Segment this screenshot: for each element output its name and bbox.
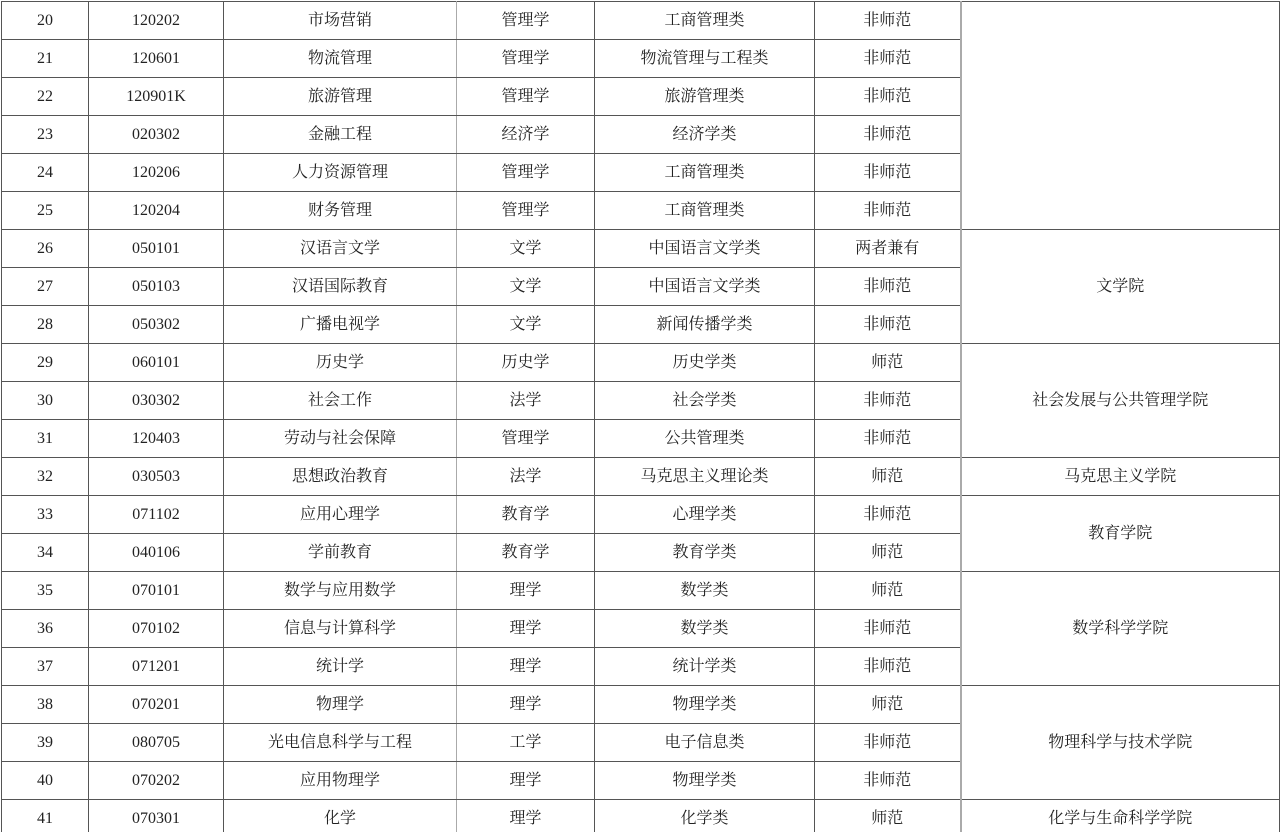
table-row: 41070301化学理学化学类师范化学与生命科学学院 — [2, 800, 1280, 832]
major-category-cell: 历史学类 — [595, 344, 815, 382]
teacher-type-cell: 非师范 — [815, 382, 961, 420]
discipline-cell: 历史学 — [457, 344, 595, 382]
row-number-cell: 36 — [2, 610, 89, 648]
college-cell: 教育学院 — [961, 496, 1280, 572]
discipline-cell: 法学 — [457, 458, 595, 496]
discipline-cell: 文学 — [457, 306, 595, 344]
major-name-cell: 劳动与社会保障 — [224, 420, 457, 458]
major-code-cell: 030302 — [89, 382, 224, 420]
teacher-type-cell: 非师范 — [815, 40, 961, 78]
discipline-cell: 理学 — [457, 648, 595, 686]
major-code-cell: 070301 — [89, 800, 224, 832]
major-code-cell: 120206 — [89, 154, 224, 192]
discipline-cell: 教育学 — [457, 534, 595, 572]
teacher-type-cell: 师范 — [815, 572, 961, 610]
teacher-type-cell: 非师范 — [815, 2, 961, 40]
teacher-type-cell: 师范 — [815, 686, 961, 724]
major-name-cell: 统计学 — [224, 648, 457, 686]
major-name-cell: 思想政治教育 — [224, 458, 457, 496]
major-code-cell: 070102 — [89, 610, 224, 648]
row-number-cell: 29 — [2, 344, 89, 382]
major-code-cell: 120204 — [89, 192, 224, 230]
major-code-cell: 050302 — [89, 306, 224, 344]
major-code-cell: 070202 — [89, 762, 224, 800]
majors-table: 20120202市场营销管理学工商管理类非师范21120601物流管理管理学物流… — [1, 1, 1280, 832]
teacher-type-cell: 师范 — [815, 344, 961, 382]
college-cell: 社会发展与公共管理学院 — [961, 344, 1280, 458]
college-cell: 物理科学与技术学院 — [961, 686, 1280, 800]
major-name-cell: 人力资源管理 — [224, 154, 457, 192]
row-number-cell: 27 — [2, 268, 89, 306]
major-category-cell: 社会学类 — [595, 382, 815, 420]
discipline-cell: 管理学 — [457, 2, 595, 40]
major-code-cell: 070201 — [89, 686, 224, 724]
teacher-type-cell: 非师范 — [815, 192, 961, 230]
teacher-type-cell: 非师范 — [815, 610, 961, 648]
major-category-cell: 物流管理与工程类 — [595, 40, 815, 78]
major-name-cell: 汉语言文学 — [224, 230, 457, 268]
row-number-cell: 24 — [2, 154, 89, 192]
major-code-cell: 060101 — [89, 344, 224, 382]
major-name-cell: 财务管理 — [224, 192, 457, 230]
major-code-cell: 030503 — [89, 458, 224, 496]
major-category-cell: 电子信息类 — [595, 724, 815, 762]
row-number-cell: 26 — [2, 230, 89, 268]
majors-table-body: 20120202市场营销管理学工商管理类非师范21120601物流管理管理学物流… — [2, 2, 1280, 832]
major-category-cell: 数学类 — [595, 610, 815, 648]
discipline-cell: 法学 — [457, 382, 595, 420]
major-category-cell: 中国语言文学类 — [595, 230, 815, 268]
major-code-cell: 050103 — [89, 268, 224, 306]
teacher-type-cell: 非师范 — [815, 724, 961, 762]
discipline-cell: 管理学 — [457, 420, 595, 458]
major-code-cell: 120601 — [89, 40, 224, 78]
college-cell: 文学院 — [961, 230, 1280, 344]
teacher-type-cell: 非师范 — [815, 648, 961, 686]
major-category-cell: 旅游管理类 — [595, 78, 815, 116]
table-row: 33071102应用心理学教育学心理学类非师范教育学院 — [2, 496, 1280, 534]
table-row: 20120202市场营销管理学工商管理类非师范 — [2, 2, 1280, 40]
row-number-cell: 22 — [2, 78, 89, 116]
college-cell: 马克思主义学院 — [961, 458, 1280, 496]
row-number-cell: 32 — [2, 458, 89, 496]
major-category-cell: 化学类 — [595, 800, 815, 832]
major-category-cell: 心理学类 — [595, 496, 815, 534]
table-row: 35070101数学与应用数学理学数学类师范数学科学学院 — [2, 572, 1280, 610]
major-name-cell: 化学 — [224, 800, 457, 832]
major-name-cell: 历史学 — [224, 344, 457, 382]
row-number-cell: 39 — [2, 724, 89, 762]
discipline-cell: 理学 — [457, 610, 595, 648]
discipline-cell: 文学 — [457, 230, 595, 268]
discipline-cell: 经济学 — [457, 116, 595, 154]
row-number-cell: 25 — [2, 192, 89, 230]
major-category-cell: 数学类 — [595, 572, 815, 610]
discipline-cell: 理学 — [457, 762, 595, 800]
major-code-cell: 120901K — [89, 78, 224, 116]
discipline-cell: 管理学 — [457, 154, 595, 192]
major-name-cell: 信息与计算科学 — [224, 610, 457, 648]
discipline-cell: 理学 — [457, 686, 595, 724]
teacher-type-cell: 非师范 — [815, 306, 961, 344]
major-category-cell: 中国语言文学类 — [595, 268, 815, 306]
major-code-cell: 020302 — [89, 116, 224, 154]
major-category-cell: 新闻传播学类 — [595, 306, 815, 344]
major-category-cell: 马克思主义理论类 — [595, 458, 815, 496]
table-row: 26050101汉语言文学文学中国语言文学类两者兼有文学院 — [2, 230, 1280, 268]
major-category-cell: 工商管理类 — [595, 192, 815, 230]
major-code-cell: 071201 — [89, 648, 224, 686]
teacher-type-cell: 师范 — [815, 800, 961, 832]
major-category-cell: 工商管理类 — [595, 2, 815, 40]
row-number-cell: 35 — [2, 572, 89, 610]
major-code-cell: 071102 — [89, 496, 224, 534]
discipline-cell: 管理学 — [457, 192, 595, 230]
row-number-cell: 38 — [2, 686, 89, 724]
major-name-cell: 广播电视学 — [224, 306, 457, 344]
row-number-cell: 33 — [2, 496, 89, 534]
teacher-type-cell: 非师范 — [815, 268, 961, 306]
major-name-cell: 应用物理学 — [224, 762, 457, 800]
teacher-type-cell: 非师范 — [815, 78, 961, 116]
discipline-cell: 理学 — [457, 800, 595, 832]
discipline-cell: 理学 — [457, 572, 595, 610]
major-category-cell: 经济学类 — [595, 116, 815, 154]
discipline-cell: 管理学 — [457, 40, 595, 78]
major-name-cell: 学前教育 — [224, 534, 457, 572]
major-name-cell: 市场营销 — [224, 2, 457, 40]
major-name-cell: 社会工作 — [224, 382, 457, 420]
discipline-cell: 文学 — [457, 268, 595, 306]
row-number-cell: 40 — [2, 762, 89, 800]
college-cell: 化学与生命科学学院 — [961, 800, 1280, 832]
major-category-cell: 统计学类 — [595, 648, 815, 686]
teacher-type-cell: 非师范 — [815, 116, 961, 154]
major-code-cell: 120403 — [89, 420, 224, 458]
major-name-cell: 数学与应用数学 — [224, 572, 457, 610]
major-code-cell: 040106 — [89, 534, 224, 572]
row-number-cell: 20 — [2, 2, 89, 40]
major-name-cell: 金融工程 — [224, 116, 457, 154]
major-code-cell: 070101 — [89, 572, 224, 610]
major-category-cell: 公共管理类 — [595, 420, 815, 458]
major-category-cell: 物理学类 — [595, 762, 815, 800]
table-row: 32030503思想政治教育法学马克思主义理论类师范马克思主义学院 — [2, 458, 1280, 496]
row-number-cell: 34 — [2, 534, 89, 572]
major-category-cell: 教育学类 — [595, 534, 815, 572]
major-code-cell: 080705 — [89, 724, 224, 762]
major-name-cell: 汉语国际教育 — [224, 268, 457, 306]
teacher-type-cell: 非师范 — [815, 762, 961, 800]
major-name-cell: 物理学 — [224, 686, 457, 724]
teacher-type-cell: 师范 — [815, 458, 961, 496]
row-number-cell: 31 — [2, 420, 89, 458]
table-row: 29060101历史学历史学历史学类师范社会发展与公共管理学院 — [2, 344, 1280, 382]
major-name-cell: 光电信息科学与工程 — [224, 724, 457, 762]
teacher-type-cell: 师范 — [815, 534, 961, 572]
row-number-cell: 41 — [2, 800, 89, 832]
table-row: 38070201物理学理学物理学类师范物理科学与技术学院 — [2, 686, 1280, 724]
major-name-cell: 物流管理 — [224, 40, 457, 78]
teacher-type-cell: 非师范 — [815, 496, 961, 534]
major-category-cell: 工商管理类 — [595, 154, 815, 192]
teacher-type-cell: 两者兼有 — [815, 230, 961, 268]
discipline-cell: 管理学 — [457, 78, 595, 116]
major-name-cell: 旅游管理 — [224, 78, 457, 116]
discipline-cell: 教育学 — [457, 496, 595, 534]
row-number-cell: 37 — [2, 648, 89, 686]
major-name-cell: 应用心理学 — [224, 496, 457, 534]
teacher-type-cell: 非师范 — [815, 420, 961, 458]
major-code-cell: 050101 — [89, 230, 224, 268]
major-category-cell: 物理学类 — [595, 686, 815, 724]
row-number-cell: 21 — [2, 40, 89, 78]
college-cell: 数学科学学院 — [961, 572, 1280, 686]
teacher-type-cell: 非师范 — [815, 154, 961, 192]
college-cell — [961, 2, 1280, 230]
discipline-cell: 工学 — [457, 724, 595, 762]
row-number-cell: 23 — [2, 116, 89, 154]
row-number-cell: 28 — [2, 306, 89, 344]
major-code-cell: 120202 — [89, 2, 224, 40]
row-number-cell: 30 — [2, 382, 89, 420]
